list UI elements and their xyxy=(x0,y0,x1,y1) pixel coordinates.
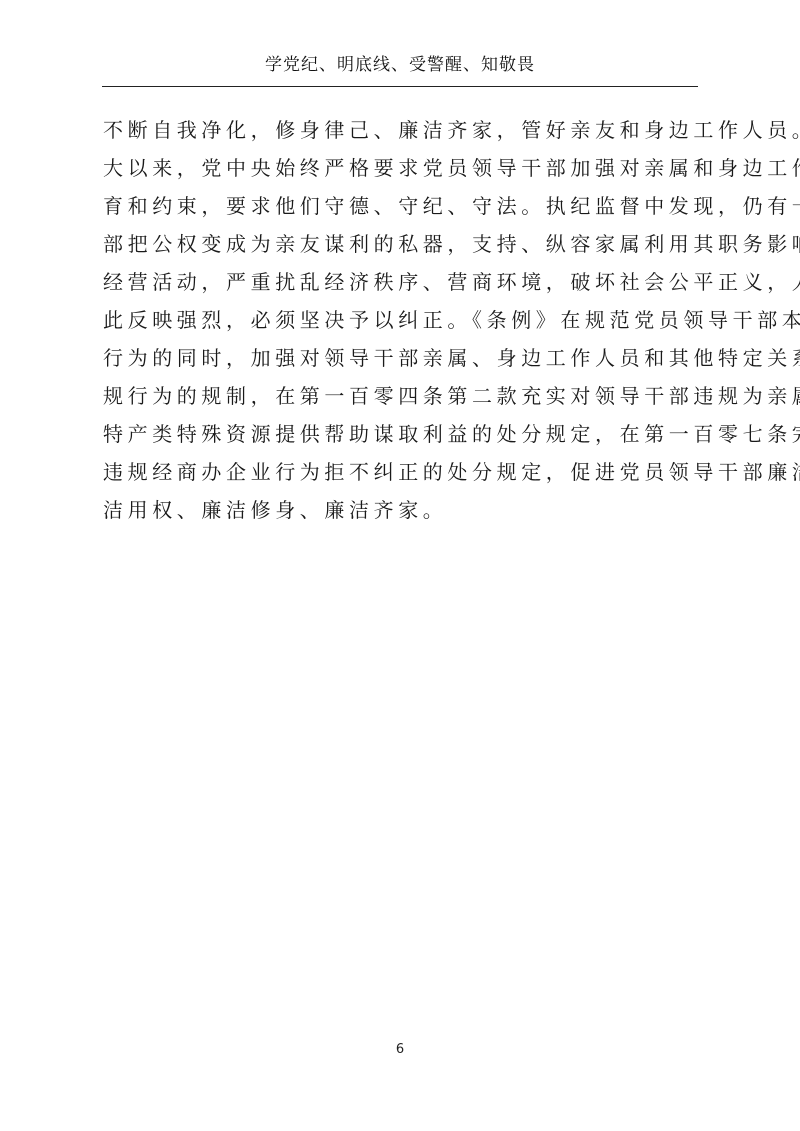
text-line: 行为的同时，加强对领导干部亲属、身边工作人员和其他特定关系人相关违 xyxy=(103,339,701,377)
text-line: 育和约束，要求他们守德、守纪、守法。执纪监督中发现，仍有一些领导干 xyxy=(103,187,701,225)
running-header: 学党纪、明底线、受警醒、知敬畏 xyxy=(102,53,698,77)
text-line: 经营活动，严重扰乱经济秩序、营商环境，破坏社会公平正义，人民群众对 xyxy=(103,263,701,301)
page-number: 6 xyxy=(0,1042,800,1057)
text-line: 此反映强烈，必须坚决予以纠正。《条例》在规范党员领导干部本人不廉洁 xyxy=(103,301,701,339)
text-line: 部把公权变成为亲友谋利的私器，支持、纵容家属利用其职务影响违规从事 xyxy=(103,225,701,263)
text-line: 洁用权、廉洁修身、廉洁齐家。 xyxy=(103,491,701,529)
text-line: 大以来，党中央始终严格要求党员领导干部加强对亲属和身边工作人员的教 xyxy=(103,149,701,187)
text-line: 违规经商办企业行为拒不纠正的处分规定，促进党员领导干部廉洁从政、廉 xyxy=(103,453,701,491)
body-paragraph: 不断自我净化，修身律己、廉洁齐家，管好亲友和身边工作人员。党的十八 大以来，党中… xyxy=(103,111,701,529)
text-line: 规行为的规制，在第一百零四条第二款充实对领导干部违规为亲属经营名贵 xyxy=(103,377,701,415)
text-line: 特产类特殊资源提供帮助谋取利益的处分规定，在第一百零七条完善对亲属 xyxy=(103,415,701,453)
text-line: 不断自我净化，修身律己、廉洁齐家，管好亲友和身边工作人员。党的十八 xyxy=(103,111,701,149)
document-page: 学党纪、明底线、受警醒、知敬畏 不断自我净化，修身律己、廉洁齐家，管好亲友和身边… xyxy=(0,0,800,1131)
header-divider xyxy=(102,86,698,87)
